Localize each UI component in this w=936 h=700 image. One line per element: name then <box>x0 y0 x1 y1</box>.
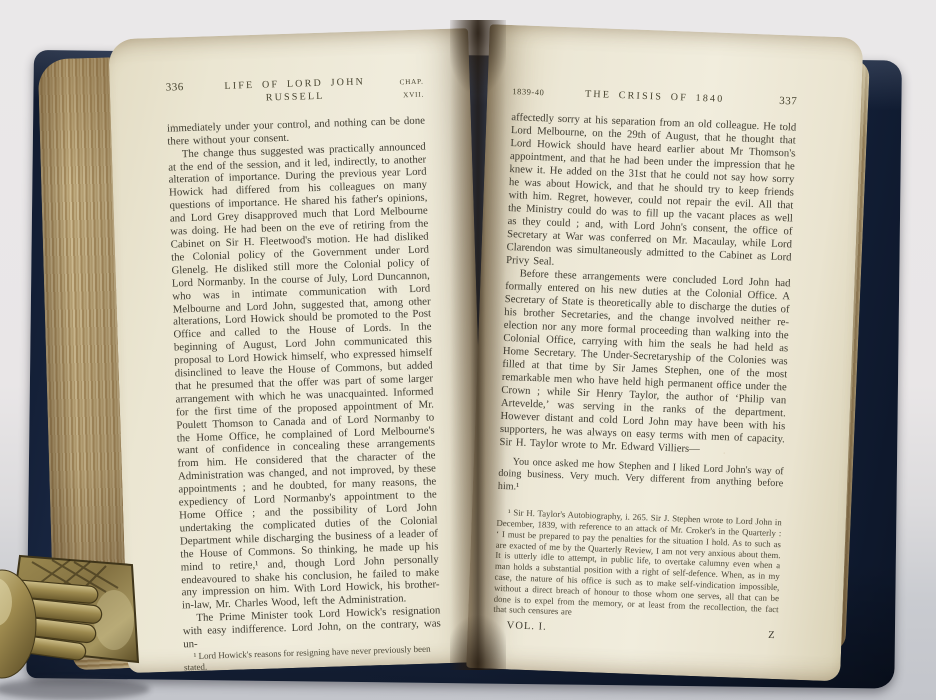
hand-ground-shadow <box>0 678 150 700</box>
right-paragraph-continuation: affectedly sorry at his separation from … <box>506 111 797 277</box>
letter-quote: You once asked me how Stephen and I like… <box>498 456 784 504</box>
right-page-number: 337 <box>751 94 797 109</box>
right-page-text-block: 1839-40 THE CRISIS OF 1840 337 affectedl… <box>493 85 798 639</box>
left-page-number: 336 <box>166 80 212 94</box>
right-running-head: 1839-40 THE CRISIS OF 1840 337 <box>512 85 797 108</box>
left-page: 336 LIFE OF LORD JOHN RUSSELL CHAP. XVII… <box>108 28 488 673</box>
signature-mark: Z <box>768 629 776 642</box>
chapter-label: CHAP. XVII. <box>377 74 424 103</box>
right-page: 1839-40 THE CRISIS OF 1840 337 affectedl… <box>466 24 863 681</box>
right-paragraph-main: Before these arrangements were concluded… <box>499 267 790 459</box>
right-footnote: ¹ Sir H. Taylor's Autobiography, i. 265.… <box>493 507 782 625</box>
volume-label: VOL. I. <box>507 619 547 633</box>
photo-of-open-book: 336 LIFE OF LORD JOHN RUSSELL CHAP. XVII… <box>0 0 936 700</box>
book-title-running-head: LIFE OF LORD JOHN RUSSELL <box>212 76 379 107</box>
left-paragraph-main: The change thus suggested was practicall… <box>168 140 440 612</box>
chapter-title-running-head: THE CRISIS OF 1840 <box>558 87 751 107</box>
left-page-text-block: 336 LIFE OF LORD JOHN RUSSELL CHAP. XVII… <box>166 74 442 656</box>
brass-hand-stand <box>0 538 162 700</box>
left-running-head: 336 LIFE OF LORD JOHN RUSSELL CHAP. XVII… <box>166 74 425 110</box>
date-range-label: 1839-40 <box>512 85 558 100</box>
